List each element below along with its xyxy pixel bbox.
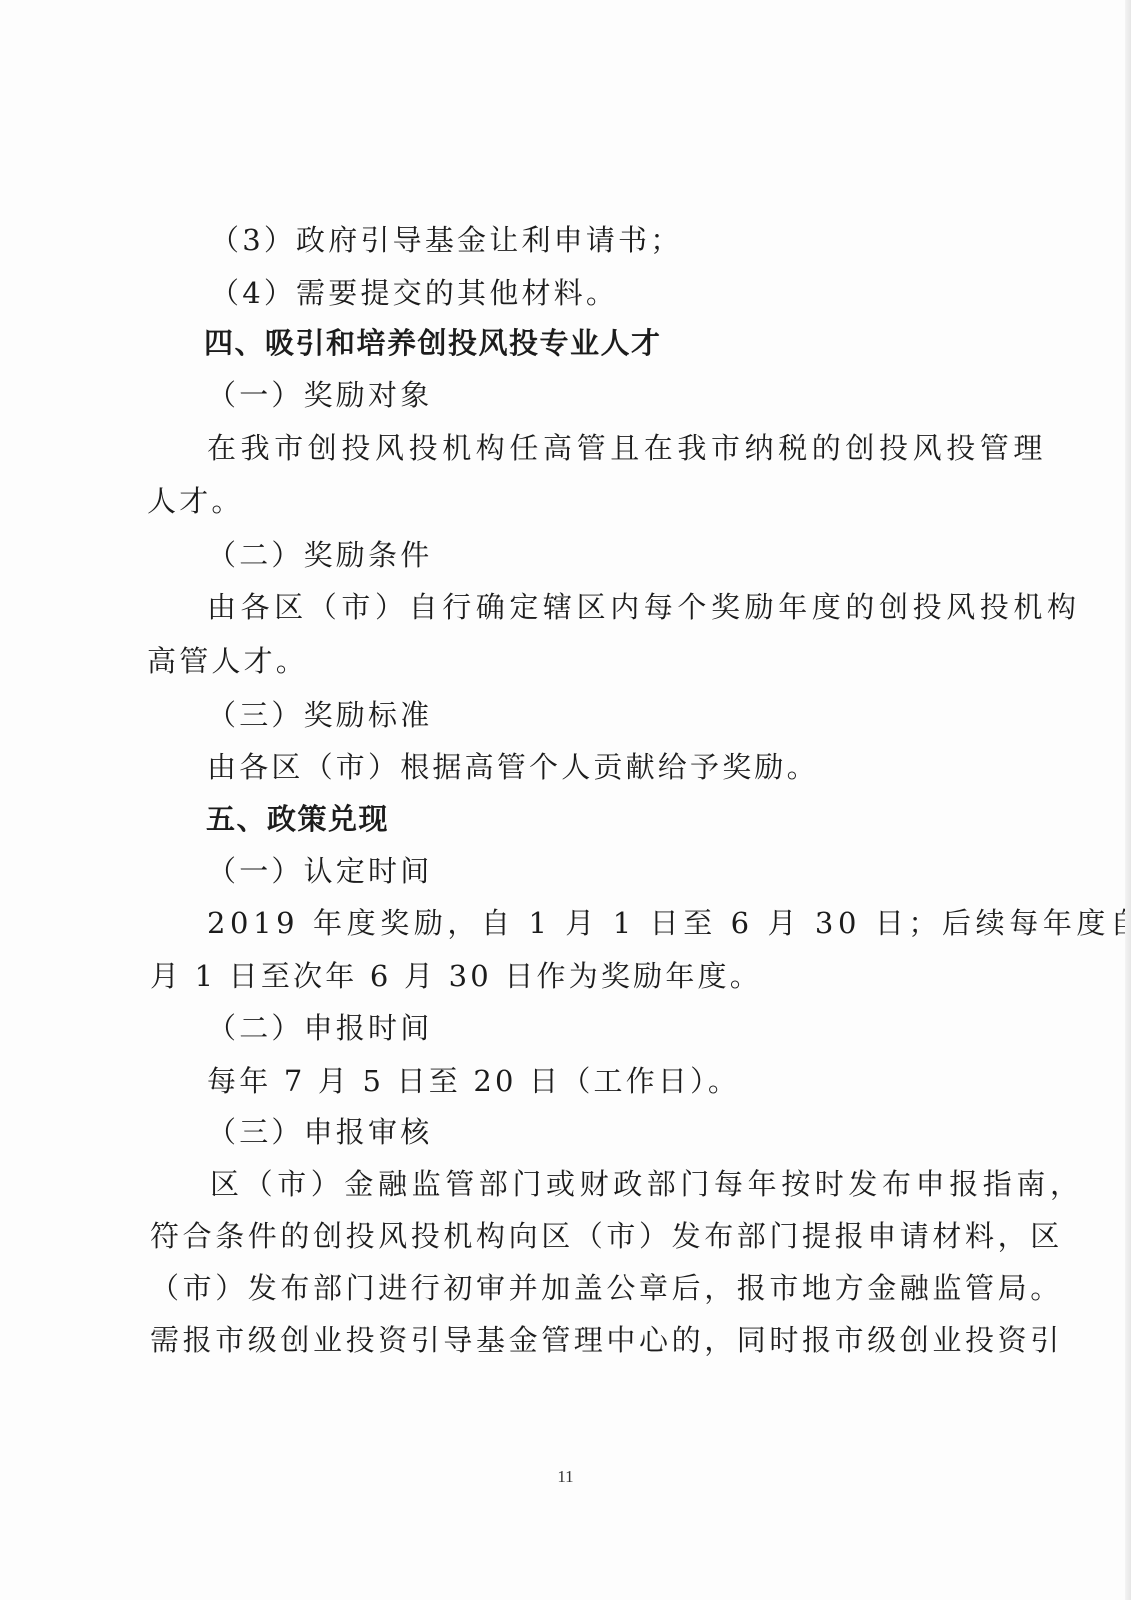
subheading-recognition-period: （一）认定时间 — [207, 853, 432, 889]
subheading-reward-conditions: （二）奖励条件 — [207, 537, 432, 573]
page-number: 11 — [0, 1467, 1131, 1487]
paragraph-application-period: 每年 7 月 5 日至 20 日（工作日）。 — [207, 1063, 740, 1099]
section-heading-policy-fulfillment: 五、政策兑现 — [206, 801, 389, 837]
paragraph-application-review-line2: 符合条件的创投风投机构向区（市）发布部门提报申请材料，区 — [150, 1218, 1063, 1254]
list-item-application-letter: （3）政府引导基金让利申请书； — [210, 222, 682, 258]
subheading-reward-target: （一）奖励对象 — [207, 377, 432, 413]
paragraph-reward-target-line1: 在我市创投风投机构任高管且在我市纳税的创投风投管理 — [207, 430, 1047, 466]
paragraph-application-review-line4: 需报市级创业投资引导基金管理中心的，同时报市级创业投资引 — [150, 1322, 1063, 1358]
paragraph-recognition-period-line1: 2019 年度奖励，自 1 月 1 日至 6 月 30 日；后续每年度自 7 — [207, 905, 1131, 941]
paragraph-reward-standard: 由各区（市）根据高管个人贡献给予奖励。 — [207, 749, 819, 785]
scan-page-edge — [1125, 0, 1131, 1600]
paragraph-reward-conditions-line1: 由各区（市）自行确定辖区内每个奖励年度的创投风投机构 — [207, 589, 1081, 625]
paragraph-recognition-period-line2: 月 1 日至次年 6 月 30 日作为奖励年度。 — [150, 958, 762, 994]
paragraph-reward-conditions-line2: 高管人才。 — [147, 643, 308, 679]
paragraph-reward-target-line2: 人才。 — [147, 483, 244, 519]
subheading-application-review: （三）申报审核 — [207, 1114, 432, 1150]
subheading-reward-standard: （三）奖励标准 — [207, 697, 432, 733]
paragraph-application-review-line1: 区（市）金融监管部门或财政部门每年按时发布申报指南， — [210, 1166, 1084, 1202]
section-heading-talent: 四、吸引和培养创投风投专业人才 — [204, 325, 662, 361]
subheading-application-period: （二）申报时间 — [207, 1010, 432, 1046]
paragraph-application-review-line3: （市）发布部门进行初审并加盖公章后，报市地方金融监管局。 — [150, 1270, 1063, 1306]
document-page: （3）政府引导基金让利申请书； （4）需要提交的其他材料。 四、吸引和培养创投风… — [0, 0, 1131, 1600]
list-item-other-materials: （4）需要提交的其他材料。 — [210, 275, 618, 311]
